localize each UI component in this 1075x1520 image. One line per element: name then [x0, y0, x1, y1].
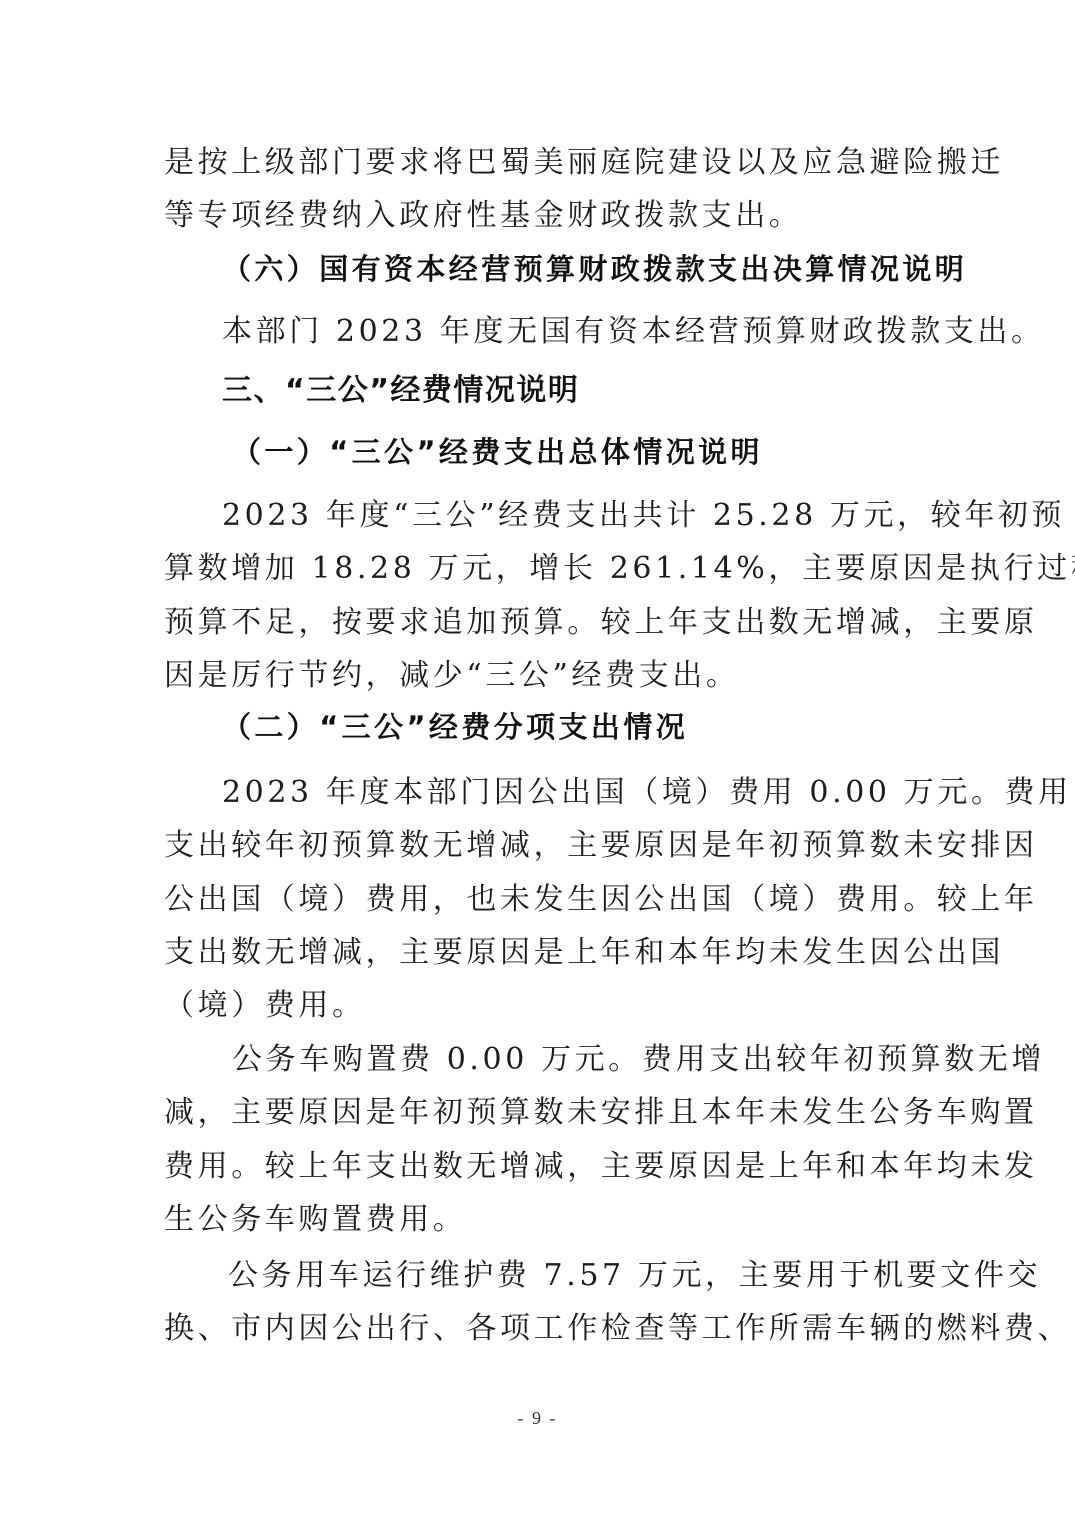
- paragraph-line: 2023 年度“三公”经费支出共计 25.28 万元，较年初预: [222, 496, 1065, 536]
- paragraph-line: （境）费用。: [164, 986, 366, 1026]
- chapter-heading-3: 三、“三公”经费情况说明: [222, 371, 579, 411]
- paragraph-line: 公出国（境）费用，也未发生因公出国（境）费用。较上年: [164, 880, 1038, 920]
- paragraph-line: 等专项经费纳入政府性基金财政拨款支出。: [164, 196, 802, 236]
- paragraph-line: 公务车购置费 0.00 万元。费用支出较年初预算数无增: [232, 1040, 1045, 1080]
- section-heading-1: （一）“三公”经费支出总体情况说明: [232, 432, 763, 472]
- section-heading-6: （六）国有资本经营预算财政拨款支出决算情况说明: [222, 249, 967, 289]
- paragraph-line: 生公务车购置费用。: [164, 1200, 466, 1240]
- paragraph-line: 因是厉行节约，减少“三公”经费支出。: [164, 656, 739, 696]
- paragraph-line: 费用。较上年支出数无增减，主要原因是上年和本年均未发: [164, 1147, 1038, 1187]
- paragraph-line: 是按上级部门要求将巴蜀美丽庭院建设以及应急避险搬迁: [164, 143, 1004, 183]
- paragraph-line: 预算不足，按要求追加预算。较上年支出数无增减，主要原: [164, 603, 1038, 643]
- paragraph-line: 本部门 2023 年度无国有资本经营预算财政拨款支出。: [222, 312, 1045, 352]
- paragraph-line: 2023 年度本部门因公出国（境）费用 0.00 万元。费用: [222, 773, 1072, 813]
- section-heading-2: （二）“三公”经费分项支出情况: [222, 707, 688, 747]
- paragraph-line: 换、市内因公出行、各项工作检查等工作所需车辆的燃料费、: [164, 1309, 1071, 1349]
- paragraph-line: 支出较年初预算数无增减，主要原因是年初预算数未安排因: [164, 826, 1038, 866]
- paragraph-line: 公务用车运行维护费 7.57 万元，主要用于机要文件交: [228, 1256, 1041, 1296]
- paragraph-line: 支出数无增减，主要原因是上年和本年均未发生因公出国: [164, 933, 1004, 973]
- document-page: 是按上级部门要求将巴蜀美丽庭院建设以及应急避险搬迁 等专项经费纳入政府性基金财政…: [0, 0, 1075, 1520]
- paragraph-line: 算数增加 18.28 万元，增长 261.14%，主要原因是执行过程中: [164, 549, 1075, 589]
- page-number: - 9 -: [0, 1408, 1075, 1429]
- paragraph-line: 减，主要原因是年初预算数未安排且本年未发生公务车购置: [164, 1093, 1038, 1133]
